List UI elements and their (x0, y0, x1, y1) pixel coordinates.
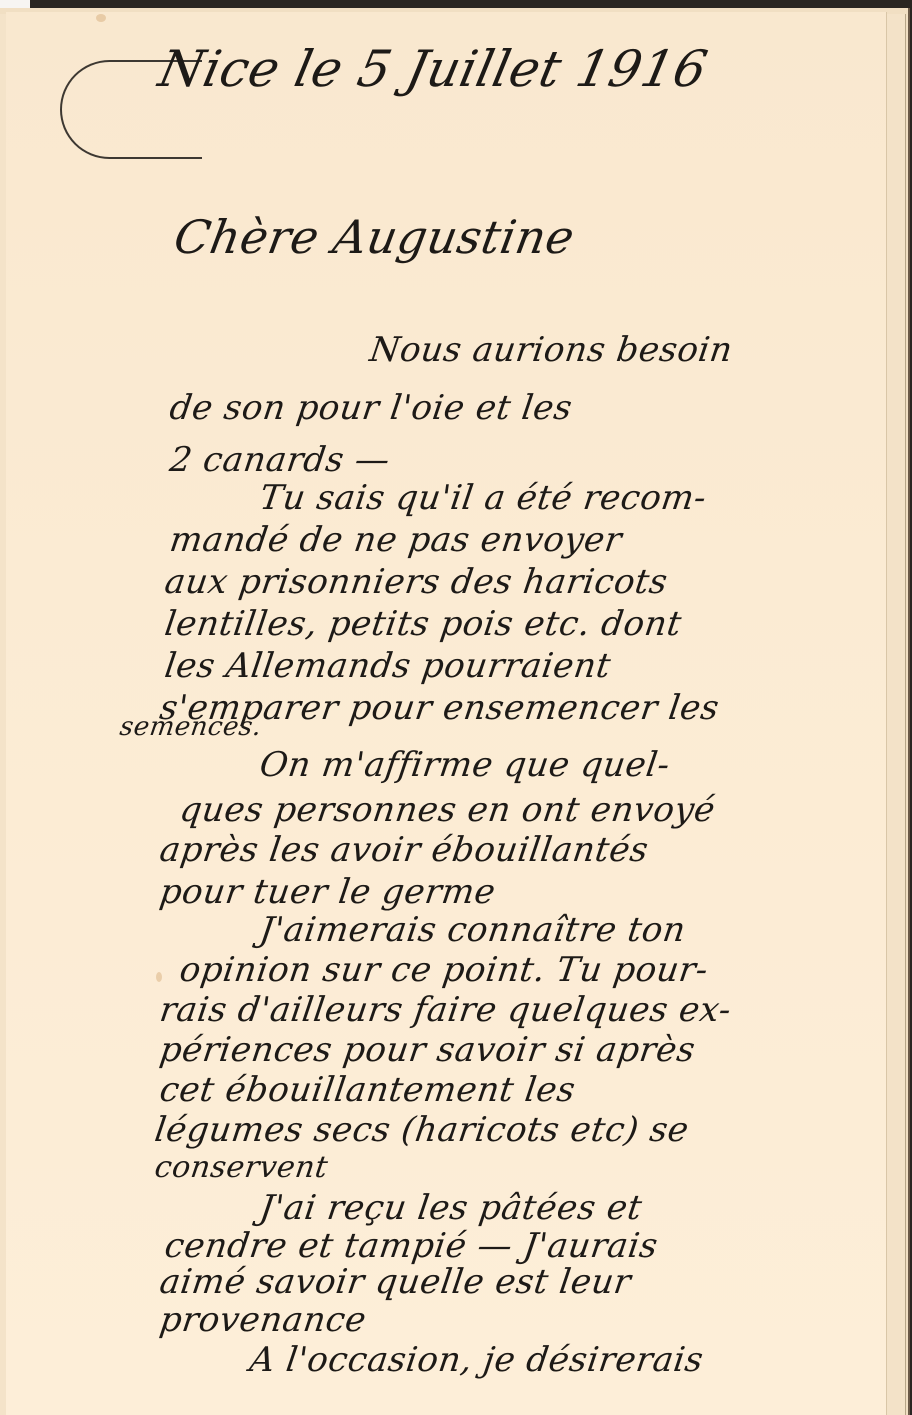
letter-line: lentilles, petits pois etc. dont (162, 604, 684, 644)
greeting: Chère Augustine (170, 210, 578, 264)
letter-line: pour tuer le germe (157, 872, 498, 912)
letter-line: Tu sais qu'il a été recom- (257, 478, 709, 518)
paper-stain (96, 14, 106, 22)
paper-stain (156, 972, 162, 982)
letter-line: opinion sur ce point. Tu pour- (177, 950, 711, 990)
letter-line: de son pour l'oie et les (167, 388, 575, 428)
letter-line: aux prisonniers des haricots (162, 562, 670, 602)
letter-line: semences. (118, 712, 264, 742)
letter-line: mandé de ne pas envoyer (167, 520, 624, 560)
letter-line: légumes secs (haricots etc) se (152, 1110, 691, 1150)
letter-line: les Allemands pourraient (162, 646, 613, 686)
letter-line: après les avoir ébouillantés (157, 830, 651, 870)
letter-line: On m'affirme que quel- (257, 745, 672, 785)
letter-line: A l'occasion, je désirerais (247, 1340, 706, 1380)
letter-line: ques personnes en ont envoyé (177, 790, 718, 830)
dateline: Nice le 5 Juillet 1916 (154, 40, 713, 98)
letter-line: Nous aurions besoin (367, 330, 735, 370)
letter-line: 2 canards — (167, 440, 392, 480)
letter-line: J'ai reçu les pâtées et (257, 1188, 644, 1228)
letter-line: conservent (153, 1150, 331, 1185)
letter-line: rais d'ailleurs faire quelques ex- (157, 990, 734, 1030)
letter-line: provenance (157, 1300, 369, 1340)
letter-line: cendre et tampié — J'aurais (162, 1226, 660, 1266)
letter-line: aimé savoir quelle est leur (157, 1262, 633, 1302)
letter-line: J'aimerais connaître ton (257, 910, 688, 950)
letter-line: périences pour savoir si après (157, 1030, 698, 1070)
letter-line: cet ébouillantement les (157, 1070, 578, 1110)
